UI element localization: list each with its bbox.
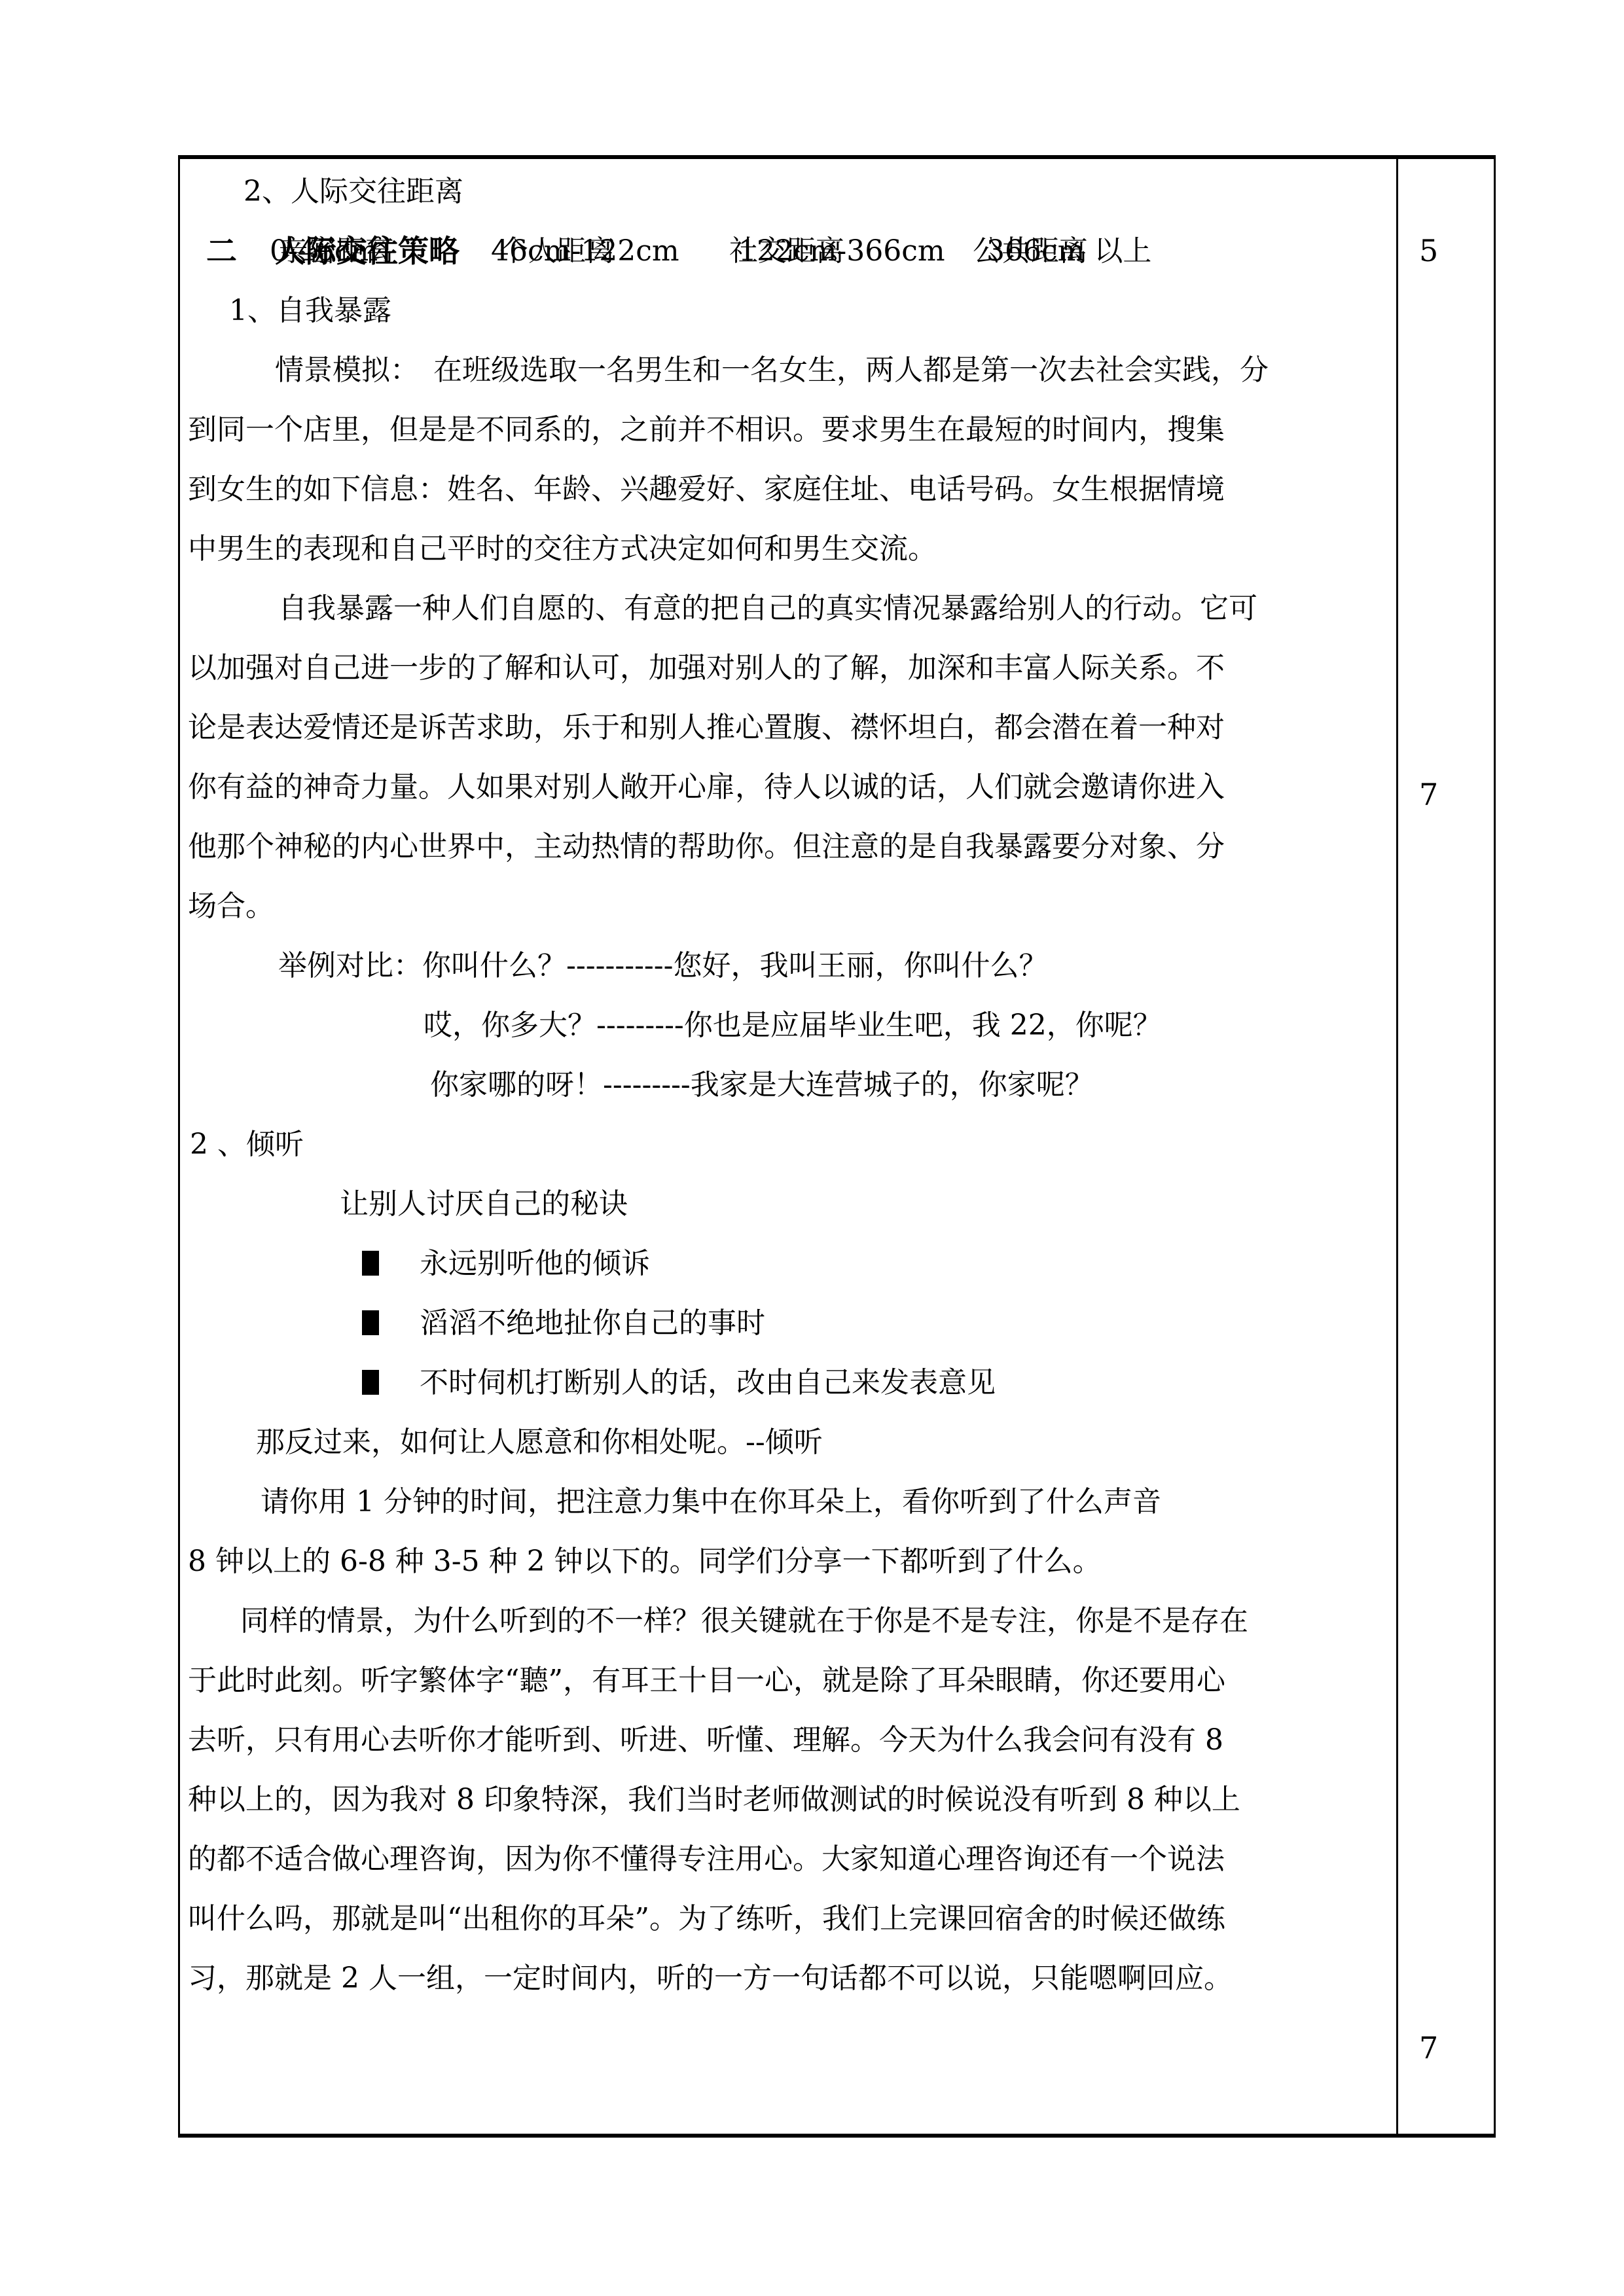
heading-number: 二 xyxy=(206,234,237,268)
distance-range: 46cm-122cm xyxy=(491,221,679,281)
distance-range: 366cm 以上 xyxy=(986,221,1151,281)
paragraph-line: 他那个神秘的内心世界中，主动热情的帮助你。但注意的是自我暴露要分对象、分 xyxy=(180,817,1396,876)
paragraph-line: 论是表达爱情还是诉苦求助，乐于和别人推心置腹、襟怀坦白，都会潜在着一种对 xyxy=(180,698,1396,757)
paragraph-line: 那反过来，如何让人愿意和你相处呢。--倾听 xyxy=(180,1412,1396,1472)
paragraph-line: 自我暴露一种人们自愿的、有意的把自己的真实情况暴露给别人的行动。它可 xyxy=(180,579,1396,638)
paragraph-line: 到女生的如下信息：姓名、年龄、兴趣爱好、家庭住址、电话号码。女生根据情境 xyxy=(180,459,1396,519)
minutes-cell: 5 7 7 xyxy=(1396,159,1494,2134)
paragraph-line: 习，那就是 2 人一组，一定时间内，听的一方一句话都不可以说，只能嗯啊回应。 xyxy=(180,1948,1396,2008)
page: 2、人际交往距离 亲密距离 个人距离 社交距离 公共距离 0-46cm 46cm… xyxy=(0,0,1624,2296)
distance-range: 0-46cm xyxy=(270,221,378,281)
paragraph-line: 同样的情景，为什么听到的不一样？很关键就在于你是不是专注，你是不是存在 xyxy=(180,1591,1396,1651)
section-line-distance: 2、人际交往距离 xyxy=(180,162,1396,221)
secret-title: 让别人讨厌自己的秘诀 xyxy=(180,1174,1396,1234)
minutes-value: 7 xyxy=(1398,765,1494,825)
paragraph-line: 的都不适合做心理咨询，因为你不懂得专注用心。大家知道心理咨询还有一个说法 xyxy=(180,1829,1396,1889)
example-line: 举例对比：你叫什么？-----------您好，我叫王丽，你叫什么？ xyxy=(180,936,1396,996)
bullet-item: 滔滔不绝地扯你自己的事时 xyxy=(180,1293,1396,1353)
bullet-text: 滔滔不绝地扯你自己的事时 xyxy=(420,1306,765,1340)
paragraph-line: 请你用 1 分钟的时间，把注意力集中在你耳朵上，看你听到了什么声音 xyxy=(180,1472,1396,1532)
subsection-title: 1、自我暴露 xyxy=(180,281,1396,340)
example-line: 哎，你多大？---------你也是应届毕业生吧，我 22，你呢？ xyxy=(180,996,1396,1055)
example-line: 你家哪的呀！---------我家是大连营城子的，你家呢？ xyxy=(180,1055,1396,1115)
paragraph-line: 中男生的表现和自己平时的交往方式决定如何和男生交流。 xyxy=(180,519,1396,579)
bullet-item: 永远别听他的倾诉 xyxy=(180,1234,1396,1293)
square-bullet-icon xyxy=(362,1310,379,1335)
lesson-plan-table: 2、人际交往距离 亲密距离 个人距离 社交距离 公共距离 0-46cm 46cm… xyxy=(178,155,1496,2138)
square-bullet-icon xyxy=(362,1370,379,1395)
paragraph-line: 你有益的神奇力量。人如果对别人敞开心扉，待人以诚的话，人们就会邀请你进入 xyxy=(180,757,1396,817)
subsection-title: 2 、倾听 xyxy=(180,1115,1396,1174)
paragraph-line: 于此时此刻。听字繁体字“聽”，有耳王十目一心，就是除了耳朵眼睛，你还要用心 xyxy=(180,1651,1396,1710)
bullet-item: 不时伺机打断别人的话，改由自己来发表意见 xyxy=(180,1353,1396,1412)
minutes-value: 5 xyxy=(1398,221,1494,281)
paragraph-line: 场合。 xyxy=(180,876,1396,936)
paragraph-line: 去听，只有用心去听你才能听到、听进、听懂、理解。今天为什么我会问有没有 8 xyxy=(180,1710,1396,1770)
bullet-text: 永远别听他的倾诉 xyxy=(420,1247,650,1280)
paragraph-line: 情景模拟： 在班级选取一名男生和一名女生，两人都是第一次去社会实践，分 xyxy=(180,340,1396,400)
square-bullet-icon xyxy=(362,1251,379,1276)
paragraph-line: 以加强对自己进一步的了解和认可，加强对别人的了解，加深和丰富人际关系。不 xyxy=(180,638,1396,698)
content-cell: 2、人际交往距离 亲密距离 个人距离 社交距离 公共距离 0-46cm 46cm… xyxy=(180,159,1396,2134)
paragraph-line: 种以上的，因为我对 8 印象特深，我们当时老师做测试的时候说没有听到 8 种以上 xyxy=(180,1770,1396,1829)
paragraph-line: 叫什么吗，那就是叫“出租你的耳朵”。为了练听，我们上完课回宿舍的时候还做练 xyxy=(180,1889,1396,1948)
paragraph-line: 到同一个店里，但是是不同系的，之前并不相识。要求男生在最短的时间内，搜集 xyxy=(180,400,1396,459)
bullet-text: 不时伺机打断别人的话，改由自己来发表意见 xyxy=(420,1366,996,1399)
distance-range: 122cm-366cm xyxy=(738,221,945,281)
minutes-value: 7 xyxy=(1398,2018,1494,2078)
paragraph-line: 8 钟以上的 6-8 种 3-5 种 2 钟以下的。同学们分享一下都听到了什么。 xyxy=(180,1532,1396,1591)
